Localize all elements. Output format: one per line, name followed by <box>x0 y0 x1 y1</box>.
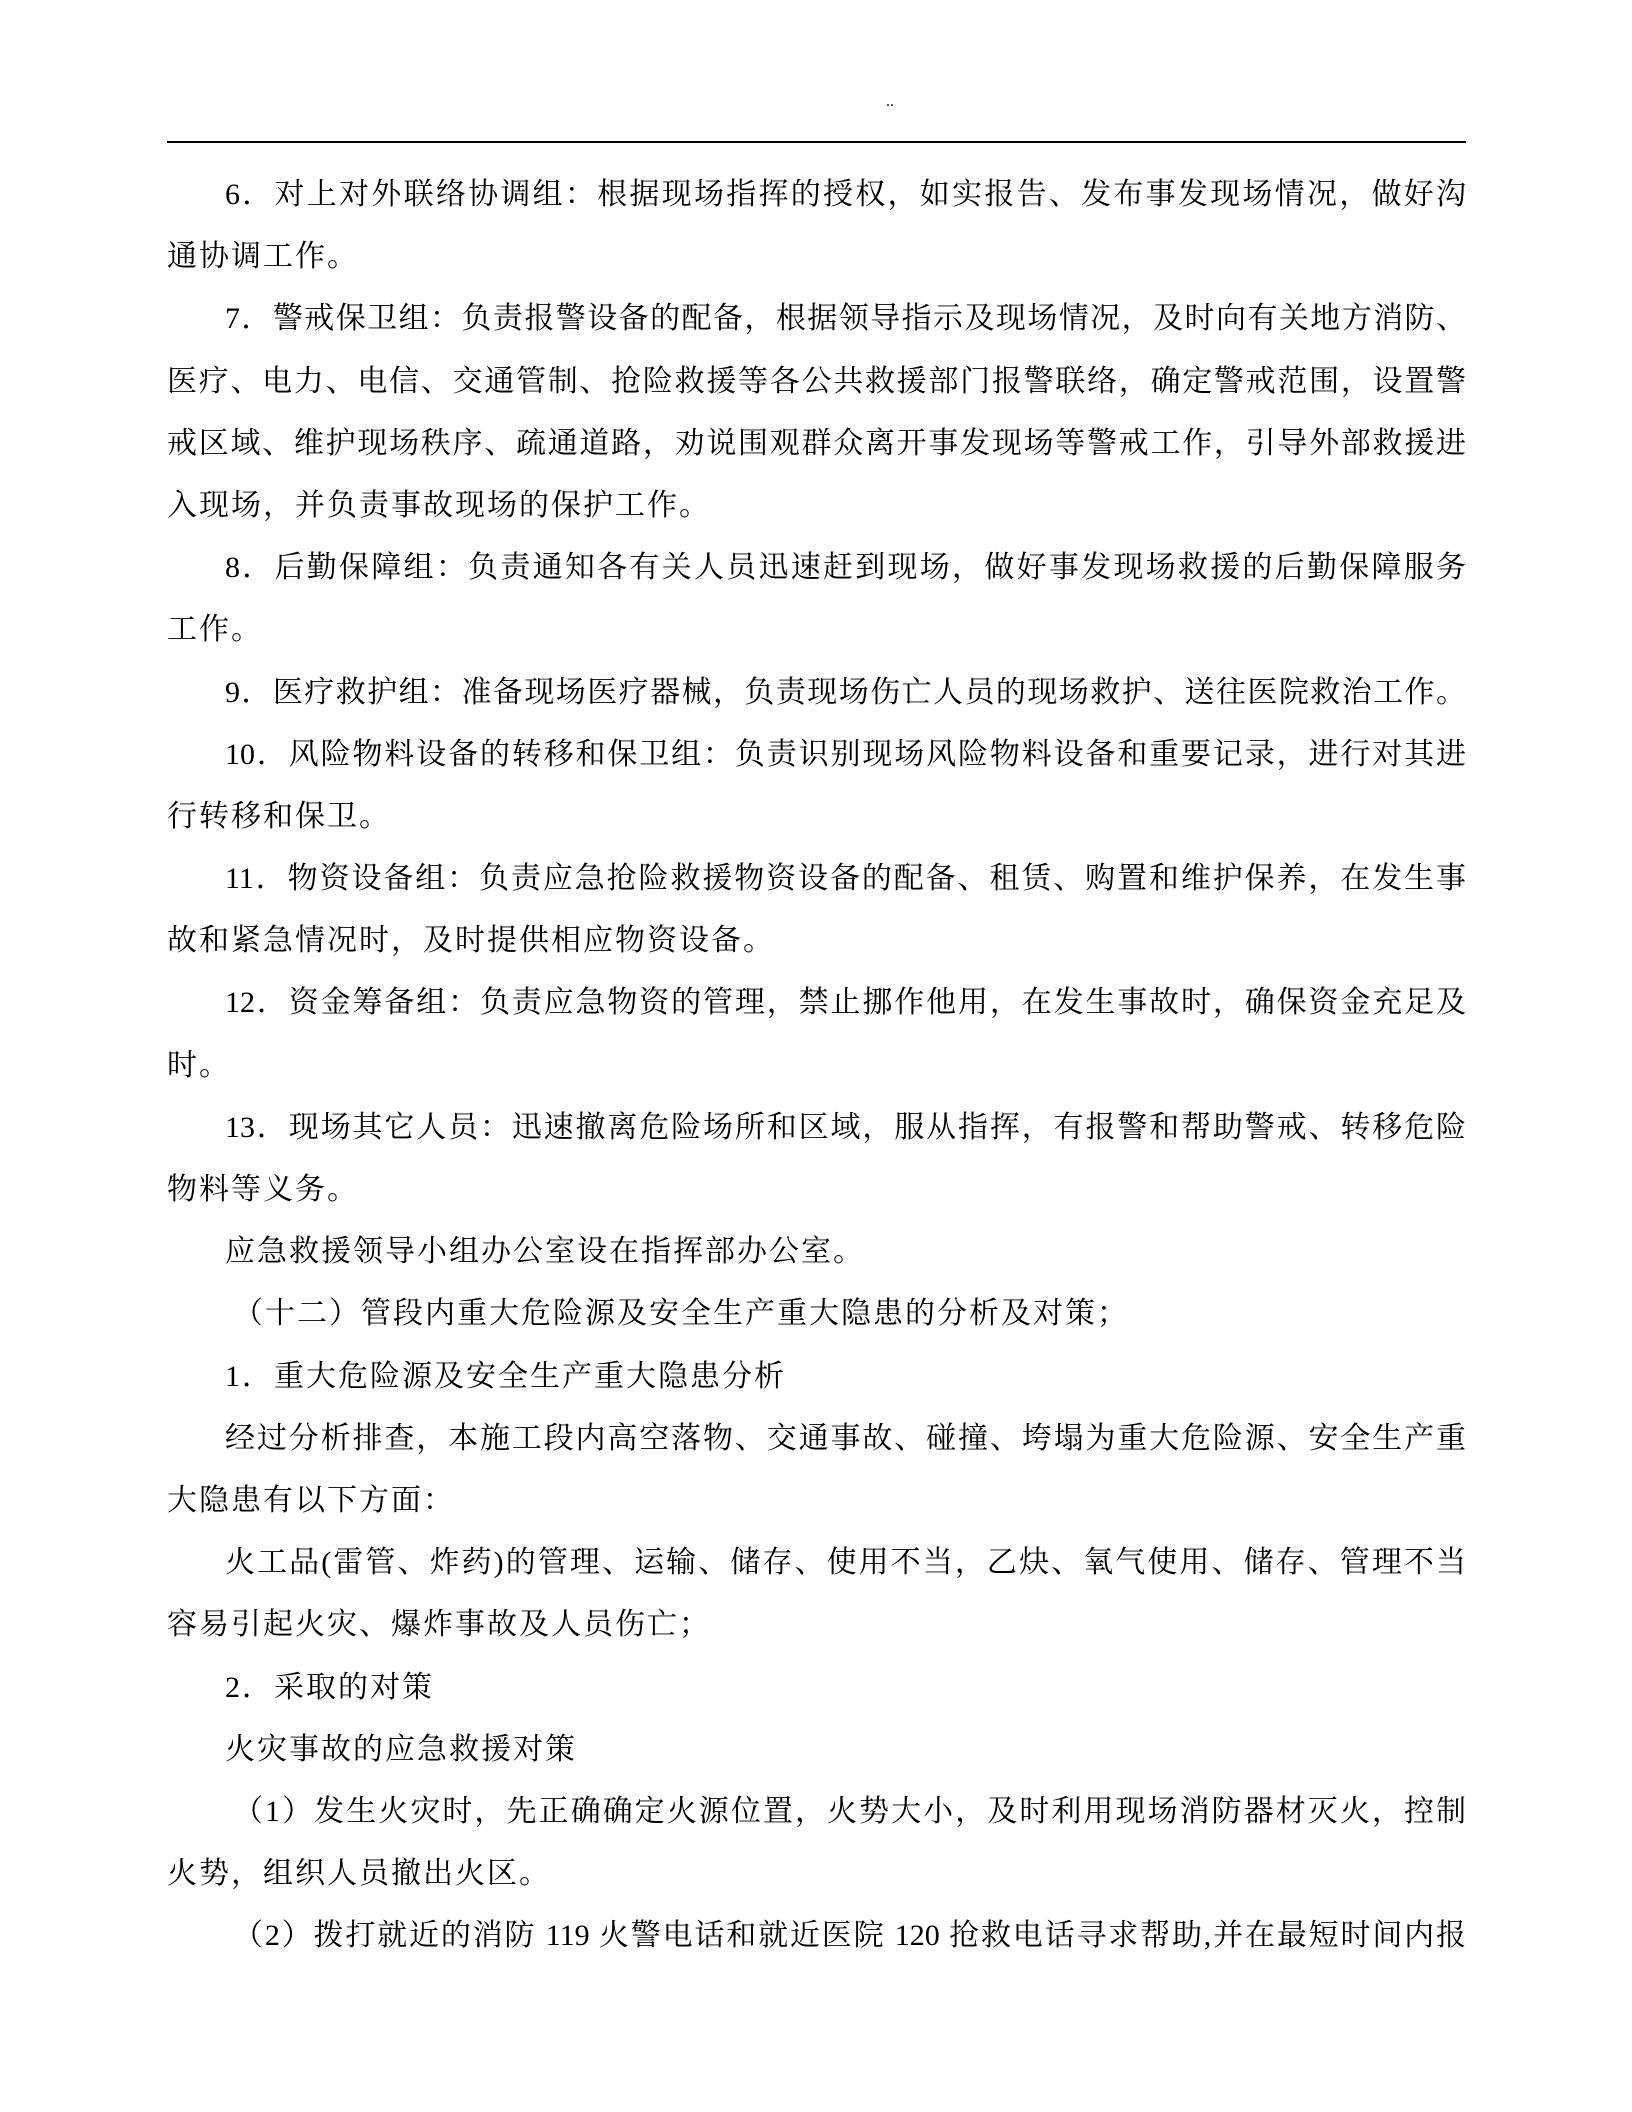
text-line: 工作。 <box>167 599 1466 661</box>
text-line: 医疗、电力、电信、交通管制、抢险救援等各公共救援部门报警联络，确定警戒范围，设置… <box>167 351 1466 413</box>
text-line: 火势，组织人员撤出火区。 <box>167 1843 1466 1905</box>
text-line: 容易引起火灾、爆炸事故及人员伤亡； <box>167 1594 1466 1656</box>
text-line: 火灾事故的应急救援对策 <box>167 1719 1466 1781</box>
text-line: 应急救援领导小组办公室设在指挥部办公室。 <box>167 1221 1466 1283</box>
text-line: 12．资金筹备组：负责应急物资的管理，禁止挪作他用，在发生事故时，确保资金充足及 <box>167 972 1466 1034</box>
text-line: 行转移和保卫。 <box>167 786 1466 848</box>
text-line: 6．对上对外联络协调组：根据现场指挥的授权，如实报告、发布事发现场情况，做好沟 <box>167 164 1466 226</box>
text-line: 13．现场其它人员：迅速撤离危险场所和区域，服从指挥，有报警和帮助警戒、转移危险 <box>167 1097 1466 1159</box>
subsection-heading: 2．采取的对策 <box>167 1657 1466 1719</box>
text-line: 时。 <box>167 1035 1466 1097</box>
text-line: （1）发生火灾时，先正确确定火源位置，火势大小，及时利用现场消防器材灭火，控制 <box>167 1781 1466 1843</box>
text-line: 9．医疗救护组：准备现场医疗器械，负责现场伤亡人员的现场救护、送往医院救治工作。 <box>167 662 1466 724</box>
text-line: 经过分析排查，本施工段内高空落物、交通事故、碰撞、垮塌为重大危险源、安全生产重 <box>167 1408 1466 1470</box>
text-line: 入现场，并负责事故现场的保护工作。 <box>167 475 1466 537</box>
header-divider <box>167 141 1466 143</box>
text-line: 8．后勤保障组：负责通知各有关人员迅速赶到现场，做好事发现场救援的后勤保障服务 <box>167 537 1466 599</box>
text-line: 7．警戒保卫组：负责报警设备的配备，根据领导指示及现场情况，及时向有关地方消防、 <box>167 288 1466 350</box>
page-header-mark: .. <box>886 92 894 112</box>
text-line: 火工品(雷管、炸药)的管理、运输、储存、使用不当，乙炔、氧气使用、储存、管理不当 <box>167 1532 1466 1594</box>
document-page: .. 6．对上对外联络协调组：根据现场指挥的授权，如实报告、发布事发现场情况，做… <box>0 0 1632 2112</box>
subsection-heading: 1．重大危险源及安全生产重大隐患分析 <box>167 1346 1466 1408</box>
text-line: 通协调工作。 <box>167 226 1466 288</box>
text-line: 大隐患有以下方面： <box>167 1470 1466 1532</box>
section-heading: （十二）管段内重大危险源及安全生产重大隐患的分析及对策； <box>167 1283 1466 1345</box>
text-line: 物料等义务。 <box>167 1159 1466 1221</box>
text-line: 戒区域、维护现场秩序、疏通道路，劝说围观群众离开事发现场等警戒工作，引导外部救援… <box>167 413 1466 475</box>
text-line: （2）拨打就近的消防 119 火警电话和就近医院 120 抢救电话寻求帮助,并在… <box>167 1905 1466 1967</box>
text-line: 11．物资设备组：负责应急抢险救援物资设备的配备、租赁、购置和维护保养，在发生事 <box>167 848 1466 910</box>
document-body: 6．对上对外联络协调组：根据现场指挥的授权，如实报告、发布事发现场情况，做好沟 … <box>167 164 1466 1967</box>
text-line: 故和紧急情况时，及时提供相应物资设备。 <box>167 910 1466 972</box>
text-line: 10．风险物料设备的转移和保卫组：负责识别现场风险物料设备和重要记录，进行对其进 <box>167 724 1466 786</box>
